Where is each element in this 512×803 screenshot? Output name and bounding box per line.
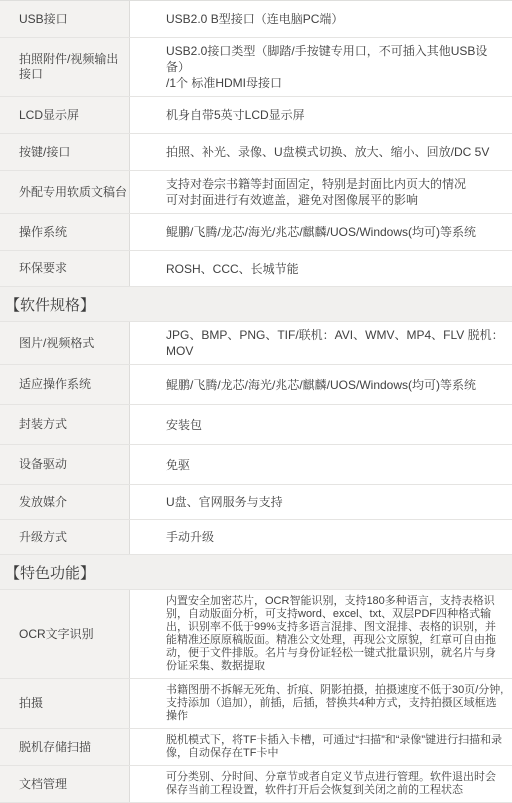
spec-value: U盘、官网服务与支持 <box>130 485 512 519</box>
spec-value: 脱机模式下，将TF卡插入卡槽，可通过“扫描”和“录像”键进行扫描和录像，自动保存… <box>130 729 512 765</box>
spec-value: 免驱 <box>130 445 512 484</box>
spec-row-usb-port: USB接口 USB2.0 B型接口（连电脑PC端） <box>0 1 512 38</box>
spec-value: 可分类别、分时间、分章节或者自定义节点进行管理。软件退出时会保存当前工程设置，软… <box>130 766 512 802</box>
spec-row-document-management: 文档管理 可分类别、分时间、分章节或者自定义节点进行管理。软件退出时会保存当前工… <box>0 766 512 803</box>
spec-row-lcd-screen: LCD显示屏 机身自带5英寸LCD显示屏 <box>0 97 512 134</box>
spec-value: USB2.0接口类型（脚踏/手按键专用口，不可插入其他USB设备） /1个 标准… <box>130 38 512 96</box>
spec-label: 环保要求 <box>0 251 130 286</box>
spec-label: USB接口 <box>0 1 130 37</box>
spec-value: 内置安全加密芯片，OCR智能识别，支持180多种语言，支持表格识别，自动版面分析… <box>130 590 512 678</box>
spec-row-offline-storage-scan: 脱机存储扫描 脱机模式下，将TF卡插入卡槽，可通过“扫描”和“录像”键进行扫描和… <box>0 729 512 766</box>
spec-value: JPG、BMP、PNG、TIF/联机：AVI、WMV、MP4、FLV 脱机：MO… <box>130 322 512 364</box>
spec-row-image-video-format: 图片/视频格式 JPG、BMP、PNG、TIF/联机：AVI、WMV、MP4、F… <box>0 322 512 365</box>
spec-label: 拍照附件/视频输出 接口 <box>0 38 130 96</box>
spec-row-device-driver: 设备驱动 免驱 <box>0 445 512 485</box>
spec-row-photo-accessory-video-output: 拍照附件/视频输出 接口 USB2.0接口类型（脚踏/手按键专用口，不可插入其他… <box>0 38 512 97</box>
spec-row-operating-system: 操作系统 鲲鹏/飞腾/龙芯/海光/兆芯/麒麟/UOS/Windows(均可)等系… <box>0 214 512 251</box>
spec-value: 鲲鹏/飞腾/龙芯/海光/兆芯/麒麟/UOS/Windows(均可)等系统 <box>130 214 512 250</box>
spec-label: 拍摄 <box>0 679 130 728</box>
spec-row-environmental-requirements: 环保要求 ROSH、CCC、长城节能 <box>0 251 512 287</box>
spec-row-distribution-media: 发放媒介 U盘、官网服务与支持 <box>0 485 512 520</box>
spec-value: USB2.0 B型接口（连电脑PC端） <box>130 1 512 37</box>
spec-value: 支持对卷宗书籍等封面固定，特别是封面比内页大的情况 可对封面进行有效遮盖，避免对… <box>130 171 512 213</box>
spec-value: 拍照、补光、录像、U盘模式切换、放大、缩小、回放/DC 5V <box>130 134 512 170</box>
spec-value: 书籍图册不拆解无死角、折痕、阴影拍摄，拍摄速度不低于30页/分钟,支持添加（追加… <box>130 679 512 728</box>
spec-label: 升级方式 <box>0 520 130 554</box>
spec-value: 安装包 <box>130 405 512 444</box>
spec-label: OCR文字识别 <box>0 590 130 678</box>
spec-row-compatible-os: 适应操作系统 鲲鹏/飞腾/龙芯/海光/兆芯/麒麟/UOS/Windows(均可)… <box>0 365 512 405</box>
spec-value: 手动升级 <box>130 520 512 554</box>
section-header-software-specs: 【软件规格】 <box>0 287 512 322</box>
spec-row-soft-document-platform: 外配专用软质文稿台 支持对卷宗书籍等封面固定，特别是封面比内页大的情况 可对封面… <box>0 171 512 214</box>
spec-label: 封装方式 <box>0 405 130 444</box>
spec-label: 设备驱动 <box>0 445 130 484</box>
spec-row-buttons-ports: 按键/接口 拍照、补光、录像、U盘模式切换、放大、缩小、回放/DC 5V <box>0 134 512 171</box>
spec-label: 适应操作系统 <box>0 365 130 404</box>
spec-row-ocr-recognition: OCR文字识别 内置安全加密芯片，OCR智能识别，支持180多种语言，支持表格识… <box>0 590 512 679</box>
spec-table: USB接口 USB2.0 B型接口（连电脑PC端） 拍照附件/视频输出 接口 U… <box>0 0 512 803</box>
spec-label: LCD显示屏 <box>0 97 130 133</box>
spec-row-package-type: 封装方式 安装包 <box>0 405 512 445</box>
spec-label: 脱机存储扫描 <box>0 729 130 765</box>
spec-value: 鲲鹏/飞腾/龙芯/海光/兆芯/麒麟/UOS/Windows(均可)等系统 <box>130 365 512 404</box>
spec-value: 机身自带5英寸LCD显示屏 <box>130 97 512 133</box>
spec-row-shooting: 拍摄 书籍图册不拆解无死角、折痕、阴影拍摄，拍摄速度不低于30页/分钟,支持添加… <box>0 679 512 729</box>
section-header-special-features: 【特色功能】 <box>0 555 512 590</box>
spec-label: 按键/接口 <box>0 134 130 170</box>
spec-value: ROSH、CCC、长城节能 <box>130 251 512 286</box>
spec-label: 文档管理 <box>0 766 130 802</box>
spec-label: 操作系统 <box>0 214 130 250</box>
spec-label: 发放媒介 <box>0 485 130 519</box>
spec-label: 外配专用软质文稿台 <box>0 171 130 213</box>
spec-label: 图片/视频格式 <box>0 322 130 364</box>
spec-row-upgrade-method: 升级方式 手动升级 <box>0 520 512 555</box>
